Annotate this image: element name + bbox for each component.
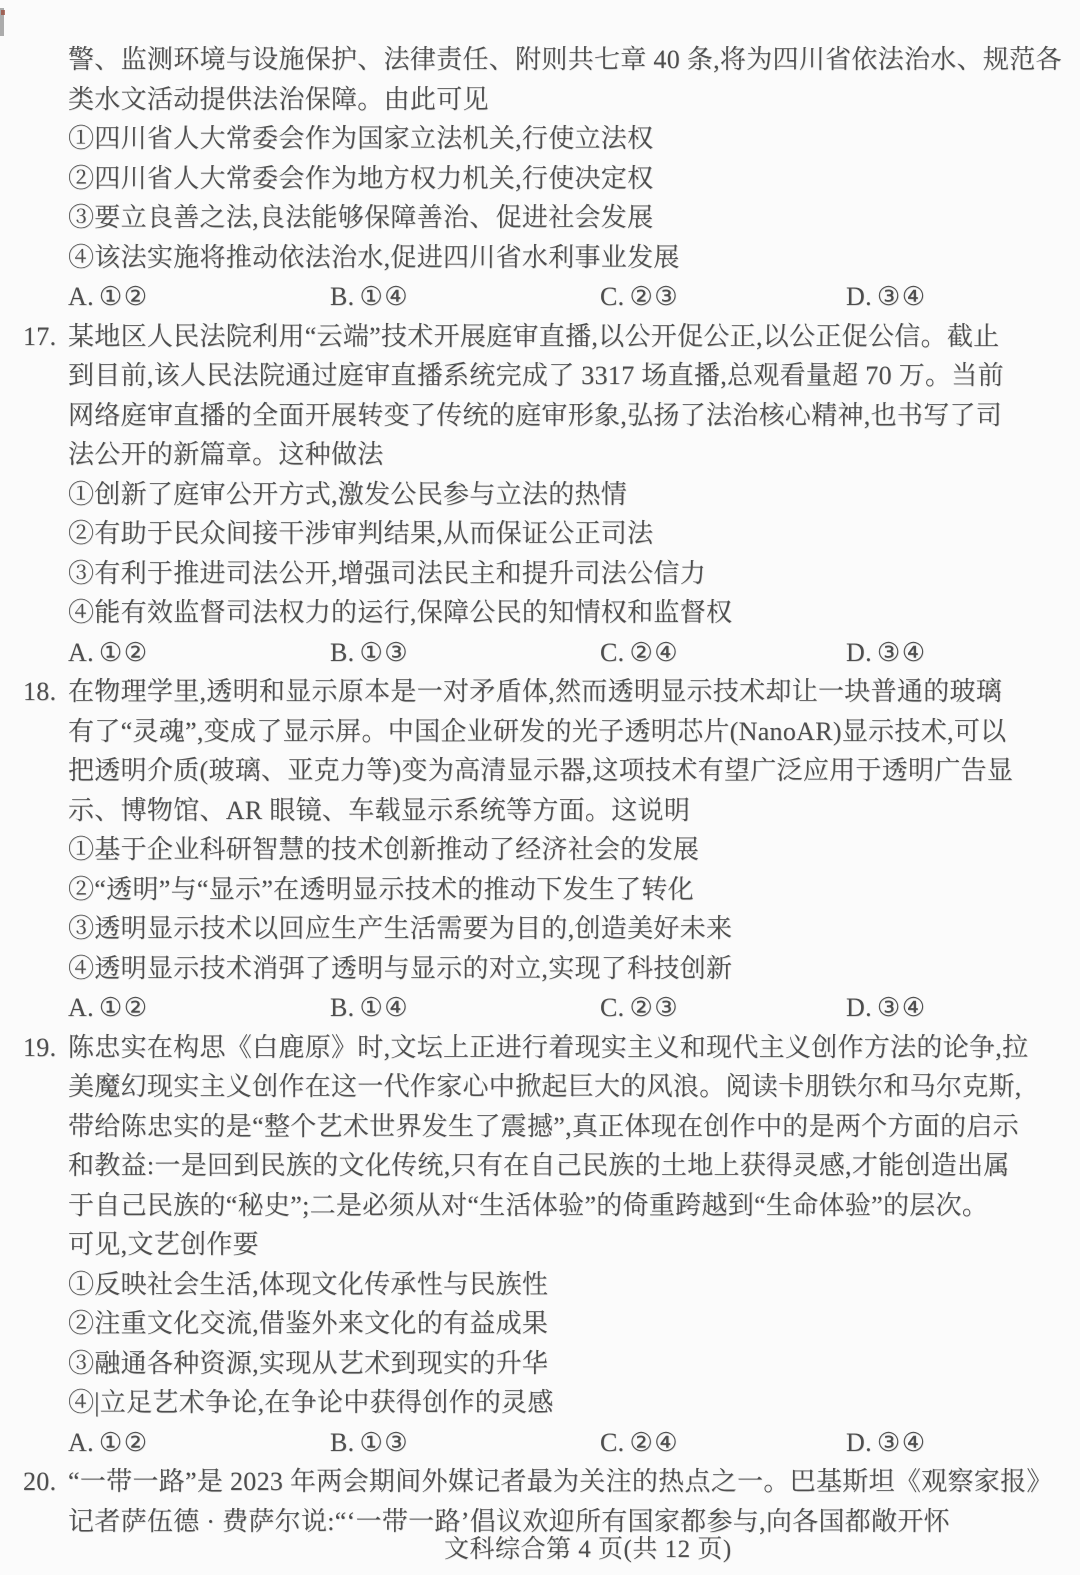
- statement-line: ③有利于推进司法公开,增强司法民主和提升司法公信力: [0, 554, 1080, 594]
- statement-line: ④该法实施将推动依法治水,促进四川省水利事业发展: [0, 238, 1080, 278]
- question-first-line: 19.陈忠实在构思《白鹿原》时,文坛上正进行着现实主义和现代主义创作方法的论争,…: [0, 1028, 1080, 1068]
- option-label: A.: [68, 1428, 94, 1457]
- option-value: ②③: [629, 993, 679, 1022]
- statement-line: ①创新了庭审公开方式,激发公民参与立法的热情: [0, 475, 1080, 515]
- option-label: A.: [68, 638, 94, 667]
- question-text: 网络庭审直播的全面开展转变了传统的庭审形象,弘扬了法治核心精神,也书写了司: [68, 401, 1002, 430]
- statement-line: ②“透明”与“显示”在透明显示技术的推动下发生了转化: [0, 870, 1080, 910]
- question-text: 记者萨伍德 · 费萨尔说:“‘一带一路’倡议欢迎所有国家都参与,向各国都敞开怀: [68, 1507, 950, 1536]
- question-text: “一带一路”是 2023 年两会期间外媒记者最为关注的热点之一。巴基斯坦《观察家…: [68, 1467, 1053, 1496]
- option-d: D.③④: [846, 633, 927, 673]
- statement-text: ③融通各种资源,实现从艺术到现实的升华: [68, 1349, 548, 1378]
- option-c: C.②④: [600, 1423, 679, 1463]
- question-text: 示、博物馆、AR 眼镜、车载显示系统等方面。这说明: [68, 796, 690, 825]
- statement-line: ③要立良善之法,良法能够保障善治、促进社会发展: [0, 198, 1080, 238]
- question-body-line: 到目前,该人民法院通过庭审直播系统完成了 3317 场直播,总观看量超 70 万…: [0, 356, 1080, 396]
- exam-paper-page: 警、监测环境与设施保护、法律责任、附则共七章 40 条,将为四川省依法治水、规范…: [0, 0, 1080, 1575]
- question-text: 在物理学里,透明和显示原本是一对矛盾体,然而透明显示技术却让一块普通的玻璃: [68, 677, 1002, 706]
- option-b: B.①④: [330, 988, 409, 1028]
- statement-text: ②四川省人大常委会作为地方权力机关,行使决定权: [68, 164, 653, 193]
- option-value: ③④: [877, 638, 927, 667]
- question-first-line: 17.某地区人民法院利用“云端”技术开展庭审直播,以公开促公正,以公正促公信。截…: [0, 317, 1080, 357]
- statement-line: ①四川省人大常委会作为国家立法机关,行使立法权: [0, 119, 1080, 159]
- question-body-line: 有了“灵魂”,变成了显示屏。中国企业研发的光子透明芯片(NanoAR)显示技术,…: [0, 712, 1080, 752]
- statement-text: ②有助于民众间接干涉审判结果,从而保证公正司法: [68, 519, 653, 548]
- option-value: ③④: [877, 282, 927, 311]
- option-b: B.①④: [330, 277, 409, 317]
- option-value: ③④: [877, 993, 927, 1022]
- option-value: ①②: [99, 993, 149, 1022]
- option-a: A.①②: [68, 277, 149, 317]
- statement-line: ③透明显示技术以回应生产生活需要为目的,创造美好未来: [0, 909, 1080, 949]
- question-text: 于自己民族的“秘史”;二是必须从对“生活体验”的倚重跨越到“生命体验”的层次。: [68, 1191, 988, 1220]
- statement-line: ④透明显示技术消弭了透明与显示的对立,实现了科技创新: [0, 949, 1080, 989]
- question-text: 美魔幻现实主义创作在这一代作家心中掀起巨大的风浪。阅读卡朋铁尔和马尔克斯,: [68, 1072, 1022, 1101]
- option-value: ③④: [877, 1428, 927, 1457]
- question-text: 陈忠实在构思《白鹿原》时,文坛上正进行着现实主义和现代主义创作方法的论争,拉: [68, 1033, 1028, 1062]
- statement-text: ②注重文化交流,借鉴外来文化的有益成果: [68, 1309, 548, 1338]
- statement-text: ④能有效监督司法权力的运行,保障公民的知情权和监督权: [68, 598, 732, 627]
- option-label: D.: [846, 638, 872, 667]
- option-a: A.①②: [68, 988, 149, 1028]
- option-value: ①②: [99, 282, 149, 311]
- scan-red-dot-artifact: [1, 10, 5, 15]
- statement-line: ④能有效监督司法权力的运行,保障公民的知情权和监督权: [0, 593, 1080, 633]
- question-number: 17.: [23, 317, 56, 357]
- question-number: 19.: [23, 1028, 56, 1068]
- option-d: D.③④: [846, 1423, 927, 1463]
- option-value: ①③: [359, 1428, 409, 1457]
- statement-text: ③有利于推进司法公开,增强司法民主和提升司法公信力: [68, 559, 706, 588]
- option-value: ①②: [99, 638, 149, 667]
- option-b: B.①③: [330, 1423, 409, 1463]
- option-c: C.②③: [600, 277, 679, 317]
- statement-line: ④|立足艺术争论,在争论中获得创作的灵感: [0, 1383, 1080, 1423]
- question-body-line: 类水文活动提供法治保障。由此可见: [0, 80, 1080, 120]
- option-value: ②④: [629, 1428, 679, 1457]
- option-label: C.: [600, 993, 624, 1022]
- answer-options-row: A.①②B.①③C.②④D.③④: [0, 633, 1080, 673]
- option-d: D.③④: [846, 988, 927, 1028]
- question-body-line: 警、监测环境与设施保护、法律责任、附则共七章 40 条,将为四川省依法治水、规范…: [0, 40, 1080, 80]
- option-label: D.: [846, 1428, 872, 1457]
- question-text: 某地区人民法院利用“云端”技术开展庭审直播,以公开促公正,以公正促公信。截止: [68, 322, 999, 351]
- statement-line: ①基于企业科研智慧的技术创新推动了经济社会的发展: [0, 830, 1080, 870]
- question-body-line: 于自己民族的“秘史”;二是必须从对“生活体验”的倚重跨越到“生命体验”的层次。: [0, 1186, 1080, 1226]
- page-footer: 文科综合第 4 页(共 12 页): [444, 1534, 732, 1566]
- answer-options-row: A.①②B.①④C.②③D.③④: [0, 277, 1080, 317]
- question-number: 18.: [23, 672, 56, 712]
- option-d: D.③④: [846, 277, 927, 317]
- option-value: ①④: [359, 993, 409, 1022]
- statement-text: ①基于企业科研智慧的技术创新推动了经济社会的发展: [68, 835, 699, 864]
- question-text: 和教益:一是回到民族的文化传统,只有在自己民族的土地上获得灵感,才能创造出属: [68, 1151, 1010, 1180]
- statement-text: ④该法实施将推动依法治水,促进四川省水利事业发展: [68, 243, 680, 272]
- statement-line: ②注重文化交流,借鉴外来文化的有益成果: [0, 1304, 1080, 1344]
- option-b: B.①③: [330, 633, 409, 673]
- option-label: A.: [68, 282, 94, 311]
- option-label: D.: [846, 993, 872, 1022]
- option-c: C.②④: [600, 633, 679, 673]
- question-body-line: 美魔幻现实主义创作在这一代作家心中掀起巨大的风浪。阅读卡朋铁尔和马尔克斯,: [0, 1067, 1080, 1107]
- option-value: ①③: [359, 638, 409, 667]
- statement-text: ①反映社会生活,体现文化传承性与民族性: [68, 1270, 548, 1299]
- question-body-line: 可见,文艺创作要: [0, 1225, 1080, 1265]
- option-label: B.: [330, 1428, 354, 1457]
- question-text: 把透明介质(玻璃、亚克力等)变为高清显示器,这项技术有望广泛应用于透明广告显: [68, 756, 1013, 785]
- footer-text: 文科综合第 4 页(共 12 页): [444, 1536, 732, 1563]
- option-value: ②④: [629, 638, 679, 667]
- statement-text: ④|立足艺术争论,在争论中获得创作的灵感: [68, 1388, 554, 1417]
- option-a: A.①②: [68, 1423, 149, 1463]
- question-body-line: 带给陈忠实的是“整个艺术世界发生了震撼”,真正体现在创作中的是两个方面的启示: [0, 1107, 1080, 1147]
- question-text: 到目前,该人民法院通过庭审直播系统完成了 3317 场直播,总观看量超 70 万…: [68, 361, 1004, 390]
- option-label: C.: [600, 638, 624, 667]
- option-value: ②③: [629, 282, 679, 311]
- exam-questions: 警、监测环境与设施保护、法律责任、附则共七章 40 条,将为四川省依法治水、规范…: [0, 40, 1080, 1541]
- statement-text: ①四川省人大常委会作为国家立法机关,行使立法权: [68, 124, 653, 153]
- statement-text: ③要立良善之法,良法能够保障善治、促进社会发展: [68, 203, 653, 232]
- question-text: 可见,文艺创作要: [68, 1230, 259, 1259]
- question-body-line: 示、博物馆、AR 眼镜、车载显示系统等方面。这说明: [0, 791, 1080, 831]
- statement-line: ②四川省人大常委会作为地方权力机关,行使决定权: [0, 159, 1080, 199]
- statement-line: ①反映社会生活,体现文化传承性与民族性: [0, 1265, 1080, 1305]
- answer-options-row: A.①②B.①③C.②④D.③④: [0, 1423, 1080, 1463]
- question-text: 带给陈忠实的是“整个艺术世界发生了震撼”,真正体现在创作中的是两个方面的启示: [68, 1112, 1019, 1141]
- option-c: C.②③: [600, 988, 679, 1028]
- statement-line: ③融通各种资源,实现从艺术到现实的升华: [0, 1344, 1080, 1384]
- option-value: ①②: [99, 1428, 149, 1457]
- option-label: C.: [600, 1428, 624, 1457]
- option-label: B.: [330, 993, 354, 1022]
- option-label: D.: [846, 282, 872, 311]
- question-text: 警、监测环境与设施保护、法律责任、附则共七章 40 条,将为四川省依法治水、规范…: [68, 45, 1062, 74]
- option-label: A.: [68, 993, 94, 1022]
- option-value: ①④: [359, 282, 409, 311]
- statement-line: ②有助于民众间接干涉审判结果,从而保证公正司法: [0, 514, 1080, 554]
- option-label: B.: [330, 638, 354, 667]
- question-body-line: 法公开的新篇章。这种做法: [0, 435, 1080, 475]
- option-label: B.: [330, 282, 354, 311]
- option-label: C.: [600, 282, 624, 311]
- question-body-line: 和教益:一是回到民族的文化传统,只有在自己民族的土地上获得灵感,才能创造出属: [0, 1146, 1080, 1186]
- question-number: 20.: [23, 1462, 56, 1502]
- question-text: 法公开的新篇章。这种做法: [68, 440, 384, 469]
- question-text: 有了“灵魂”,变成了显示屏。中国企业研发的光子透明芯片(NanoAR)显示技术,…: [68, 717, 1006, 746]
- question-body-line: 网络庭审直播的全面开展转变了传统的庭审形象,弘扬了法治核心精神,也书写了司: [0, 396, 1080, 436]
- question-first-line: 18.在物理学里,透明和显示原本是一对矛盾体,然而透明显示技术却让一块普通的玻璃: [0, 672, 1080, 712]
- statement-text: ②“透明”与“显示”在透明显示技术的推动下发生了转化: [68, 875, 694, 904]
- statement-text: ①创新了庭审公开方式,激发公民参与立法的热情: [68, 480, 627, 509]
- statement-text: ③透明显示技术以回应生产生活需要为目的,创造美好未来: [68, 914, 732, 943]
- question-body-line: 把透明介质(玻璃、亚克力等)变为高清显示器,这项技术有望广泛应用于透明广告显: [0, 751, 1080, 791]
- question-text: 类水文活动提供法治保障。由此可见: [68, 85, 489, 114]
- answer-options-row: A.①②B.①④C.②③D.③④: [0, 988, 1080, 1028]
- option-a: A.①②: [68, 633, 149, 673]
- question-first-line: 20.“一带一路”是 2023 年两会期间外媒记者最为关注的热点之一。巴基斯坦《…: [0, 1462, 1080, 1502]
- statement-text: ④透明显示技术消弭了透明与显示的对立,实现了科技创新: [68, 954, 732, 983]
